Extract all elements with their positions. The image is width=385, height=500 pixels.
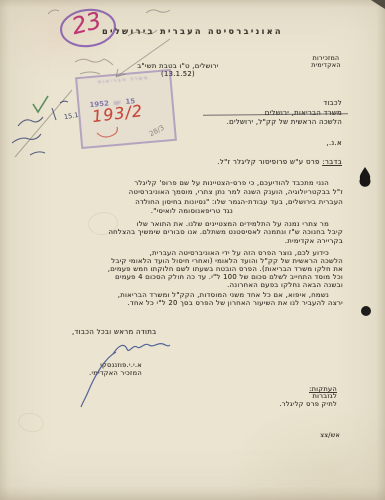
ink-dot: [360, 167, 371, 187]
to-label: לכבוד: [227, 99, 342, 109]
body-line: קיבל בחנוכה ש"ז ונתמנה לאסיסטנט משתלם. א…: [81, 228, 343, 236]
paragraph-1: הנני מתכבד להודיעכם, כי פרס-הצטיינות על …: [81, 179, 343, 216]
body-line: ז"ל בבקטריולוגיה, הוענק השנה למר נתן צתר…: [81, 188, 343, 197]
subject-label: בדבר:: [322, 158, 342, 166]
date-hebrew: ירושלים, ט"ו בטבת תשי"ב: [124, 62, 232, 70]
body-line: ובשנה הבאה נחלקו בפעם האחרונה.: [81, 282, 343, 290]
closing-line: בתודה מראש ובכל הכבוד,: [72, 328, 156, 336]
ink-dot: [361, 306, 371, 316]
body-line: העברית בירושלים, בעד עבודת-הגמר שלו: "נס…: [81, 198, 343, 207]
body-line: נשמח, איפוא, אם כל אחד משני המוסדות, הקק…: [81, 291, 343, 299]
scan-corner: [371, 0, 385, 9]
typist-initials: אש/צצ: [320, 432, 340, 439]
handwritten-ink-date: 15.1: [63, 111, 79, 121]
subject-text: פרס ע"ש פרופיסור קליגלר ז"ל.: [217, 158, 319, 166]
department-line1: המזכירות: [297, 55, 355, 62]
paragraph-3: כידוע לכם, נוצר הפרס הזה על ידי האוניברס…: [81, 250, 343, 290]
paragraph-4: נשמח, איפוא, אם כל אחד משני המוסדות, הקק…: [81, 291, 343, 307]
body-line: הנני מתכבד להודיעכם, כי פרס-הצטיינות על …: [81, 179, 343, 188]
paragraph-2: מר צתרי נמנה על התלמידים המצטיינים שלנו.…: [81, 220, 343, 245]
body-line: ירצה להעביר לנו את השיעור האחרון של הפרס…: [81, 299, 343, 307]
department-line2: האקדימית: [297, 62, 355, 69]
salutation: א.נ.,: [326, 139, 342, 147]
copies-block: העתקות: לגזברות לתיק פרס קליגלר.: [279, 386, 337, 408]
department-label: המזכירות האקדימית: [297, 55, 355, 69]
recipient-secondary: הלשכה הראשית של קק"ל, ירושלים.: [227, 118, 342, 128]
ink-margin-notes: [12, 101, 68, 155]
check-mark: [33, 96, 48, 112]
body-line: נגד טריפאנוסומה לואיסי".: [81, 207, 343, 216]
scanned-letter-page: האוניברסיטה העברית בירושלים המזכירות האק…: [0, 0, 385, 500]
body-line: בקריירה אקדימית.: [81, 237, 343, 245]
copy-item: לתיק פרס קליגלר.: [279, 401, 337, 408]
signer-title: המזכיר האקדימי.: [62, 370, 142, 378]
stamp-office-text: משרד הבריאות: [77, 73, 169, 87]
stain-ring: [16, 411, 45, 435]
letterhead-title: האוניברסיטה העברית בירושלים: [0, 27, 385, 36]
subject-line: בדבר: פרס ע"ש פרופיסור קליגלר ז"ל.: [217, 158, 342, 166]
